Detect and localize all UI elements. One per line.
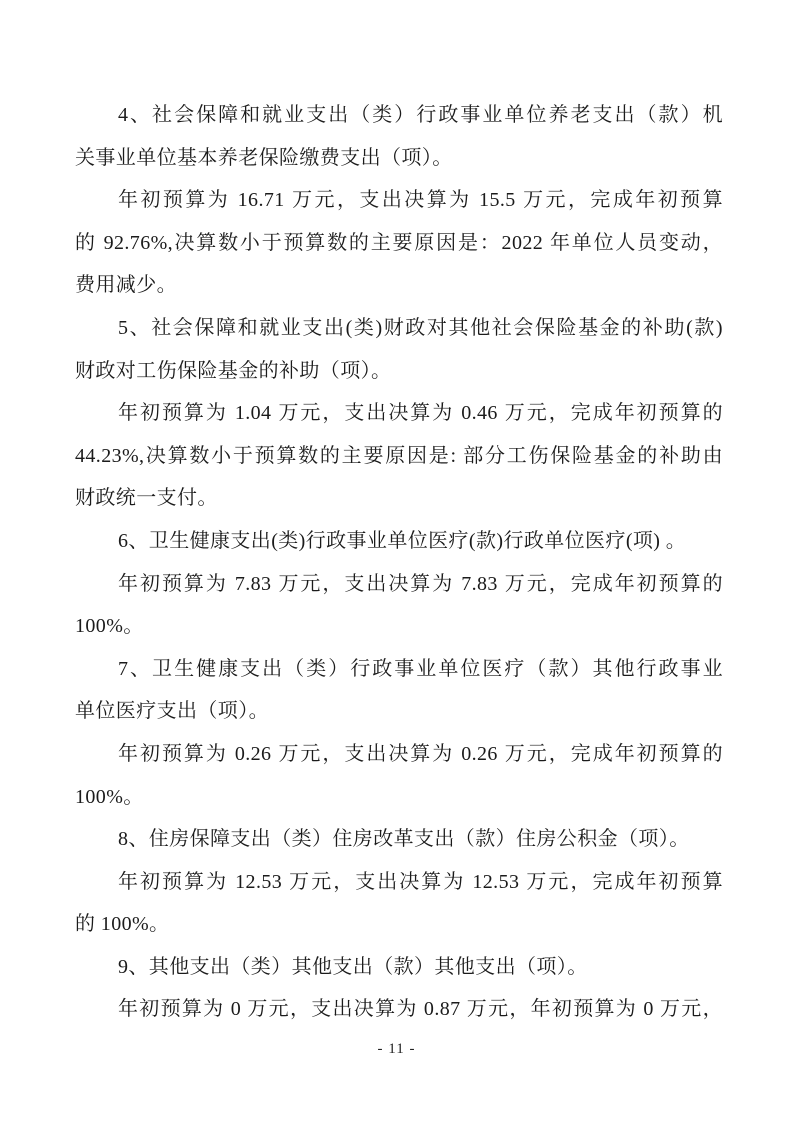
item-5-detail-line-3: 财政统一支付。 [75,477,723,520]
item-5-heading-line-1: 5、社会保障和就业支出(类)财政对其他社会保险基金的补助(款) [75,307,723,350]
item-4-heading-line-2: 关事业单位基本养老保险缴费支出（项）。 [75,137,723,180]
page-number: - 11 - [0,1034,793,1064]
item-8-heading-line-1: 8、住房保障支出（类）住房改革支出（款）住房公积金（项）。 [75,818,723,861]
item-8-detail-line-1: 年初预算为 12.53 万元，支出决算为 12.53 万元，完成年初预算 [75,861,723,904]
item-7-detail-line-2: 100%。 [75,776,723,819]
document-body: 4、社会保障和就业支出（类）行政事业单位养老支出（款）机关事业单位基本养老保险缴… [75,94,723,1031]
item-6-heading-line-1: 6、卫生健康支出(类)行政事业单位医疗(款)行政单位医疗(项) 。 [75,520,723,563]
item-6-detail-line-2: 100%。 [75,605,723,648]
item-5-detail-line-2: 44.23%,决算数小于预算数的主要原因是: 部分工伤保险基金的补助由 [75,435,723,478]
item-7-heading-line-2: 单位医疗支出（项）。 [75,690,723,733]
item-9-heading-line-1: 9、其他支出（类）其他支出（款）其他支出（项）。 [75,946,723,989]
item-5-detail-line-1: 年初预算为 1.04 万元，支出决算为 0.46 万元，完成年初预算的 [75,392,723,435]
item-4-detail-line-3: 费用减少。 [75,264,723,307]
item-4-detail-line-1: 年初预算为 16.71 万元，支出决算为 15.5 万元，完成年初预算 [75,179,723,222]
item-7-heading-line-1: 7、卫生健康支出（类）行政事业单位医疗（款）其他行政事业 [75,648,723,691]
item-8-detail-line-2: 的 100%。 [75,903,723,946]
document-page: 4、社会保障和就业支出（类）行政事业单位养老支出（款）机关事业单位基本养老保险缴… [0,0,793,1122]
item-4-detail-line-2: 的 92.76%,决算数小于预算数的主要原因是：2022 年单位人员变动， [75,222,723,265]
item-4-heading-line-1: 4、社会保障和就业支出（类）行政事业单位养老支出（款）机 [75,94,723,137]
item-5-heading-line-2: 财政对工伤保险基金的补助（项）。 [75,350,723,393]
item-9-detail-line-1: 年初预算为 0 万元，支出决算为 0.87 万元，年初预算为 0 万元， [75,988,723,1031]
item-7-detail-line-1: 年初预算为 0.26 万元，支出决算为 0.26 万元，完成年初预算的 [75,733,723,776]
item-6-detail-line-1: 年初预算为 7.83 万元，支出决算为 7.83 万元，完成年初预算的 [75,563,723,606]
